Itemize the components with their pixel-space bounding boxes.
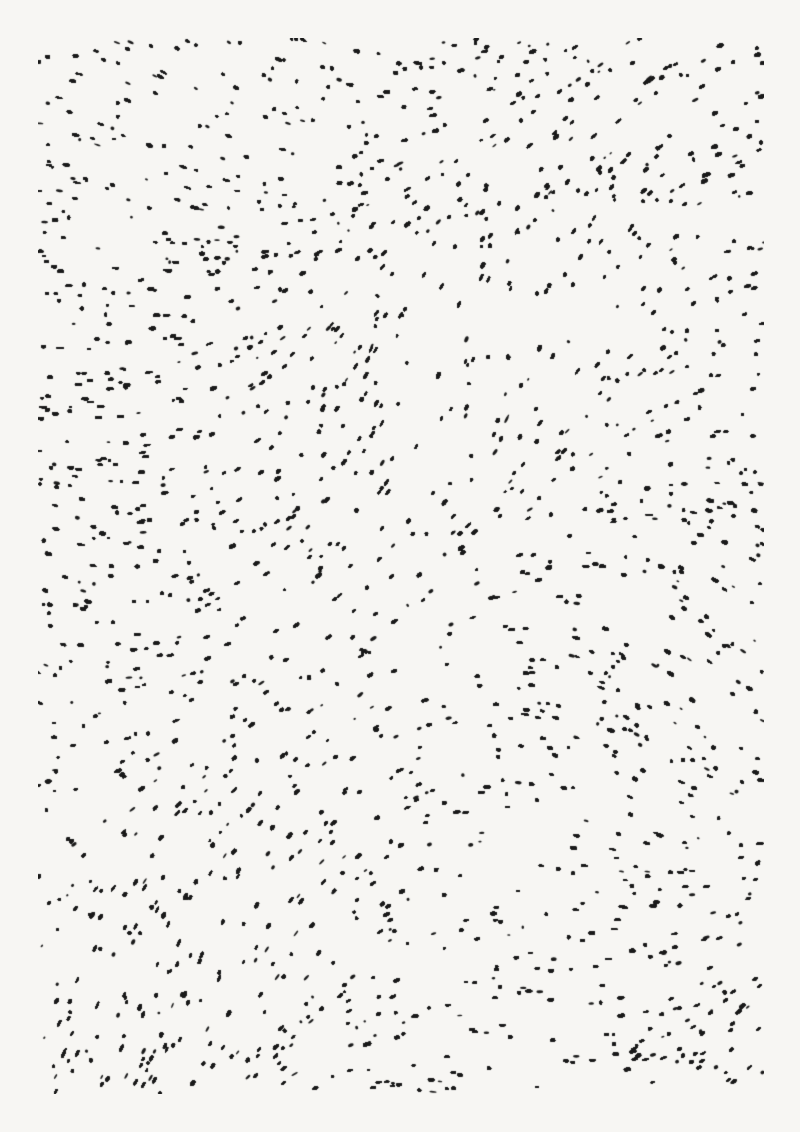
paper-background xyxy=(0,0,800,1132)
stipple-artwork xyxy=(38,38,764,1094)
artwork-canvas xyxy=(38,38,764,1094)
